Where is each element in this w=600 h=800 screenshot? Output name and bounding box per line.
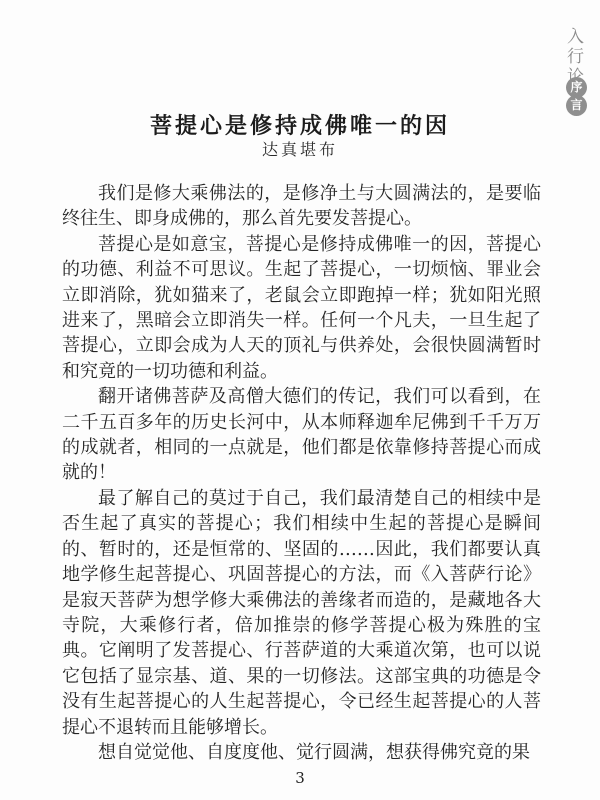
book-page: 入行论 序 言 菩提心是修持成佛唯一的因 达真堪布 我们是修大乘佛法的，是修净土… xyxy=(0,0,600,800)
paragraph-3: 翻开诸佛菩萨及高僧大德们的传记，我们可以看到，在二千五百多年的历史长河中，从本师… xyxy=(62,384,541,486)
page-title: 菩提心是修持成佛唯一的因 xyxy=(0,109,600,140)
author-name: 达真堪布 xyxy=(0,137,600,160)
paragraph-1: 我们是修大乘佛法的，是修净土与大圆满法的，是要临终往生、即身成佛的，那么首先要发… xyxy=(62,181,541,232)
paragraph-2: 菩提心是如意宝，菩提心是修持成佛唯一的因，菩提心的功德、利益不可思议。生起了菩提… xyxy=(62,232,541,384)
page-number: 3 xyxy=(0,769,600,787)
paragraph-4: 最了解自己的莫过于自己，我们最清楚自己的相续中是否生起了真实的菩提心；我们相续中… xyxy=(62,486,541,740)
paragraph-5: 想自觉觉他、自度度他、觉行圆满，想获得佛究竟的果 xyxy=(62,740,541,765)
body-text-block: 我们是修大乘佛法的，是修净土与大圆满法的，是要临终往生、即身成佛的，那么首先要发… xyxy=(62,181,541,765)
